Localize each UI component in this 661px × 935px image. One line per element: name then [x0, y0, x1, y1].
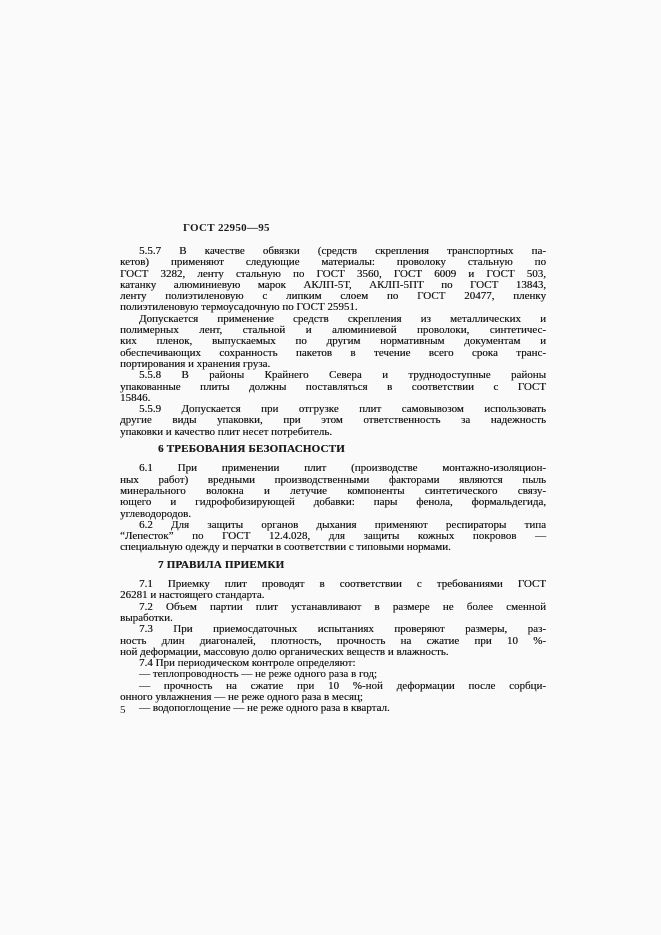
text-line: — теплопроводность — не реже одного раза… [120, 669, 546, 680]
text-line: ющего и гидрофобизирующей добавки: пары … [120, 497, 546, 508]
paragraph: 5.5.7 В качестве обвязки (средств скрепл… [120, 246, 546, 314]
text-line: 7.2 Объем партии плит устанавливают в ра… [120, 602, 546, 613]
paragraph: 5.5.9 Допускается при отгрузке плит само… [120, 404, 546, 438]
text-line: 5.5.8 В районы Крайнего Севера и труднод… [120, 370, 546, 381]
document-body: 5.5.7 В качестве обвязки (средств скрепл… [120, 246, 546, 715]
paragraph: 5.5.8 В районы Крайнего Севера и труднод… [120, 370, 546, 404]
paragraph: 7.3 При приемосдаточных испытаниях прове… [120, 624, 546, 658]
text-line: кетов) применяют следующие материалы: пр… [120, 257, 546, 268]
page-number: 5 [120, 704, 126, 716]
text-line: специальную одежду и перчатки в соответс… [120, 542, 546, 553]
document-page: ГОСТ 22950—95 5.5.7 В качестве обвязки (… [0, 0, 661, 935]
paragraph: 6.1 При применении плит (производстве мо… [120, 463, 546, 519]
paragraph: — водопоглощение — не реже одного раза в… [120, 703, 546, 714]
text-line: 26281 и настоящего стандарта. [120, 590, 546, 601]
text-line: — водопоглощение — не реже одного раза в… [120, 703, 546, 714]
paragraph: — теплопроводность — не реже одного раза… [120, 669, 546, 680]
text-line: упакованные плиты должны поставляться в … [120, 382, 546, 393]
paragraph: 7.2 Объем партии плит устанавливают в ра… [120, 602, 546, 625]
section-heading: 7 ПРАВИЛА ПРИЕМКИ [120, 560, 546, 571]
paragraph: Допускается применение средств скреплени… [120, 314, 546, 370]
paragraph: 7.1 Приемку плит проводят в соответствии… [120, 579, 546, 602]
running-header: ГОСТ 22950—95 [183, 222, 270, 234]
text-line: упаковки и качество плит несет потребите… [120, 427, 546, 438]
paragraph: 6.2 Для защиты органов дыхания применяют… [120, 520, 546, 554]
text-line: 6.1 При применении плит (производстве мо… [120, 463, 546, 474]
section-heading: 6 ТРЕБОВАНИЯ БЕЗОПАСНОСТИ [120, 444, 546, 455]
paragraph: — прочность на сжатие при 10 %-ной дефор… [120, 681, 546, 704]
text-line: 7.3 При приемосдаточных испытаниях прове… [120, 624, 546, 635]
text-line: ких пленок, выпускаемых по другим нормат… [120, 336, 546, 347]
